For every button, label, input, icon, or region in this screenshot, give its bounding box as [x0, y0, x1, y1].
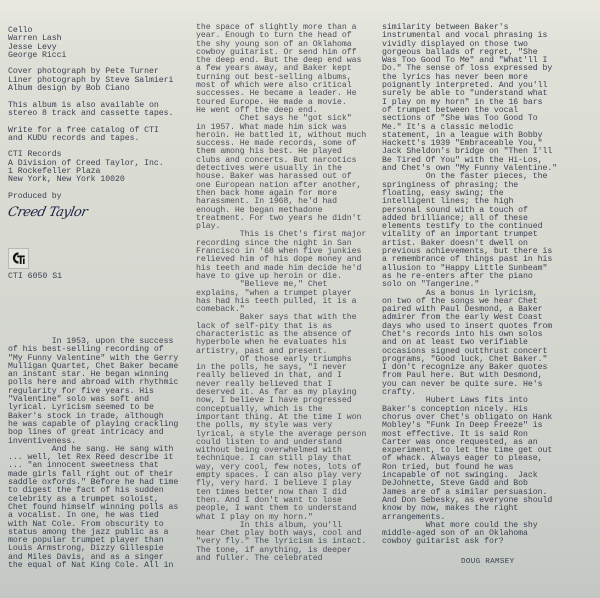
essay-column-3: similarity between Baker'sinstrumental a…	[382, 24, 557, 547]
text-line: George Ricci	[8, 52, 173, 60]
text-line: the equal of Nat King Cole. All in	[8, 562, 178, 570]
essay-column-1: In 1953, upon the successof his best-sel…	[8, 338, 178, 570]
cti-logo-icon	[11, 251, 26, 266]
text-line: and KUDU records and tapes.	[8, 135, 173, 143]
essay-column-2: the space of slightly more than ayear. E…	[196, 24, 366, 563]
text-line: Album design by Bob Ciano	[8, 85, 173, 93]
producer-signature: Creed Taylor	[6, 205, 88, 220]
text-line: New York, New York 10020	[8, 176, 173, 184]
cti-logo	[8, 248, 29, 269]
text-line: stereo 8 track and cassette tapes.	[8, 110, 173, 118]
text-line: treatment. For two years he didn't	[196, 215, 366, 223]
text-line: and fuller. The celebrated	[196, 555, 366, 563]
credits-block: CelloWarren LashJesse LevyGeorge RicciCo…	[8, 27, 173, 201]
catalog-number: CTI 6050 S1	[8, 272, 62, 281]
author-byline: DOUG RAMSEY	[461, 558, 514, 566]
text-line: cowboy guitarist ask for?	[382, 538, 557, 546]
text-line: Produced by	[8, 193, 173, 201]
